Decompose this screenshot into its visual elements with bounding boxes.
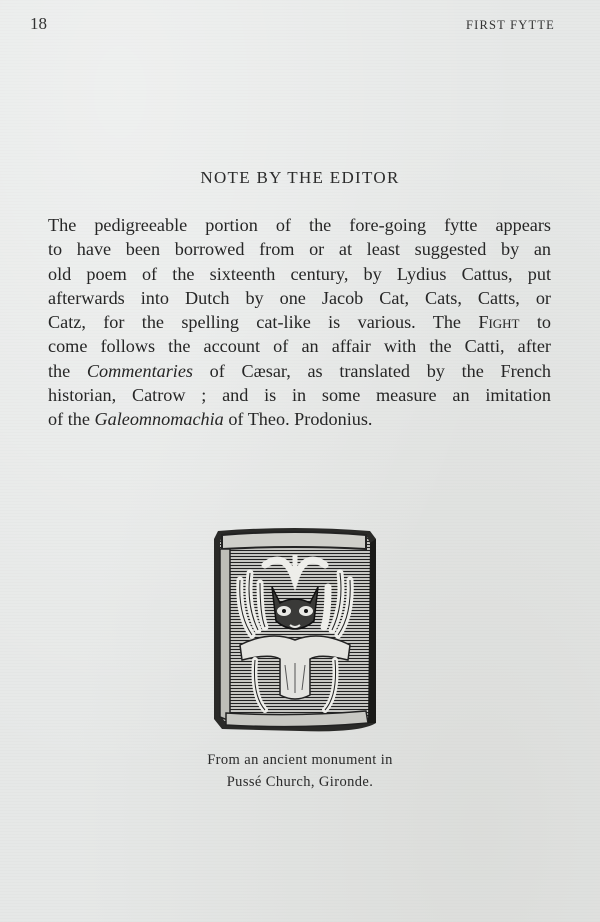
galeomnomachia-italic: Galeomnomachia (94, 409, 223, 429)
note-body: The pedigreeable portion of the fore-goi… (48, 213, 551, 432)
note-line: afterwards into Dutch by one Jacob Cat, … (48, 286, 551, 310)
caption-line-2: Pussé Church, Gironde. (0, 771, 600, 793)
note-text: to (520, 312, 552, 332)
figure-caption: From an ancient monument in Pussé Church… (0, 749, 600, 793)
commentaries-italic: Commentaries (87, 361, 193, 381)
note-text: of Theo. Prodonius. (224, 409, 373, 429)
cat-monument-illustration (210, 525, 380, 737)
note-text: Catz, for the spelling cat-like is vario… (48, 312, 478, 332)
note-text: the (48, 361, 87, 381)
note-text: of Cæsar, as translated by the French (193, 361, 551, 381)
running-head: FIRST FYTTE (466, 18, 555, 33)
book-page: 18 FIRST FYTTE NOTE BY THE EDITOR The pe… (0, 0, 600, 922)
page-number: 18 (30, 14, 47, 34)
note-title: NOTE BY THE EDITOR (0, 168, 600, 188)
note-line: historian, Catrow ; and is in some measu… (48, 383, 551, 407)
note-line: the Commentaries of Cæsar, as translated… (48, 359, 551, 383)
note-line: to have been borrowed from or at least s… (48, 237, 551, 261)
caption-line-1: From an ancient monument in (0, 749, 600, 771)
fight-smallcaps: Fight (478, 312, 519, 332)
note-text: of the (48, 409, 94, 429)
note-line: The pedigreeable portion of the fore-goi… (48, 213, 551, 237)
note-line: Catz, for the spelling cat-like is vario… (48, 310, 551, 334)
note-line: come follows the account of an affair wi… (48, 334, 551, 358)
note-line: old poem of the sixteenth century, by Ly… (48, 262, 551, 286)
monument-engraving (210, 525, 380, 737)
note-line: of the Galeomnomachia of Theo. Prodonius… (48, 407, 551, 431)
